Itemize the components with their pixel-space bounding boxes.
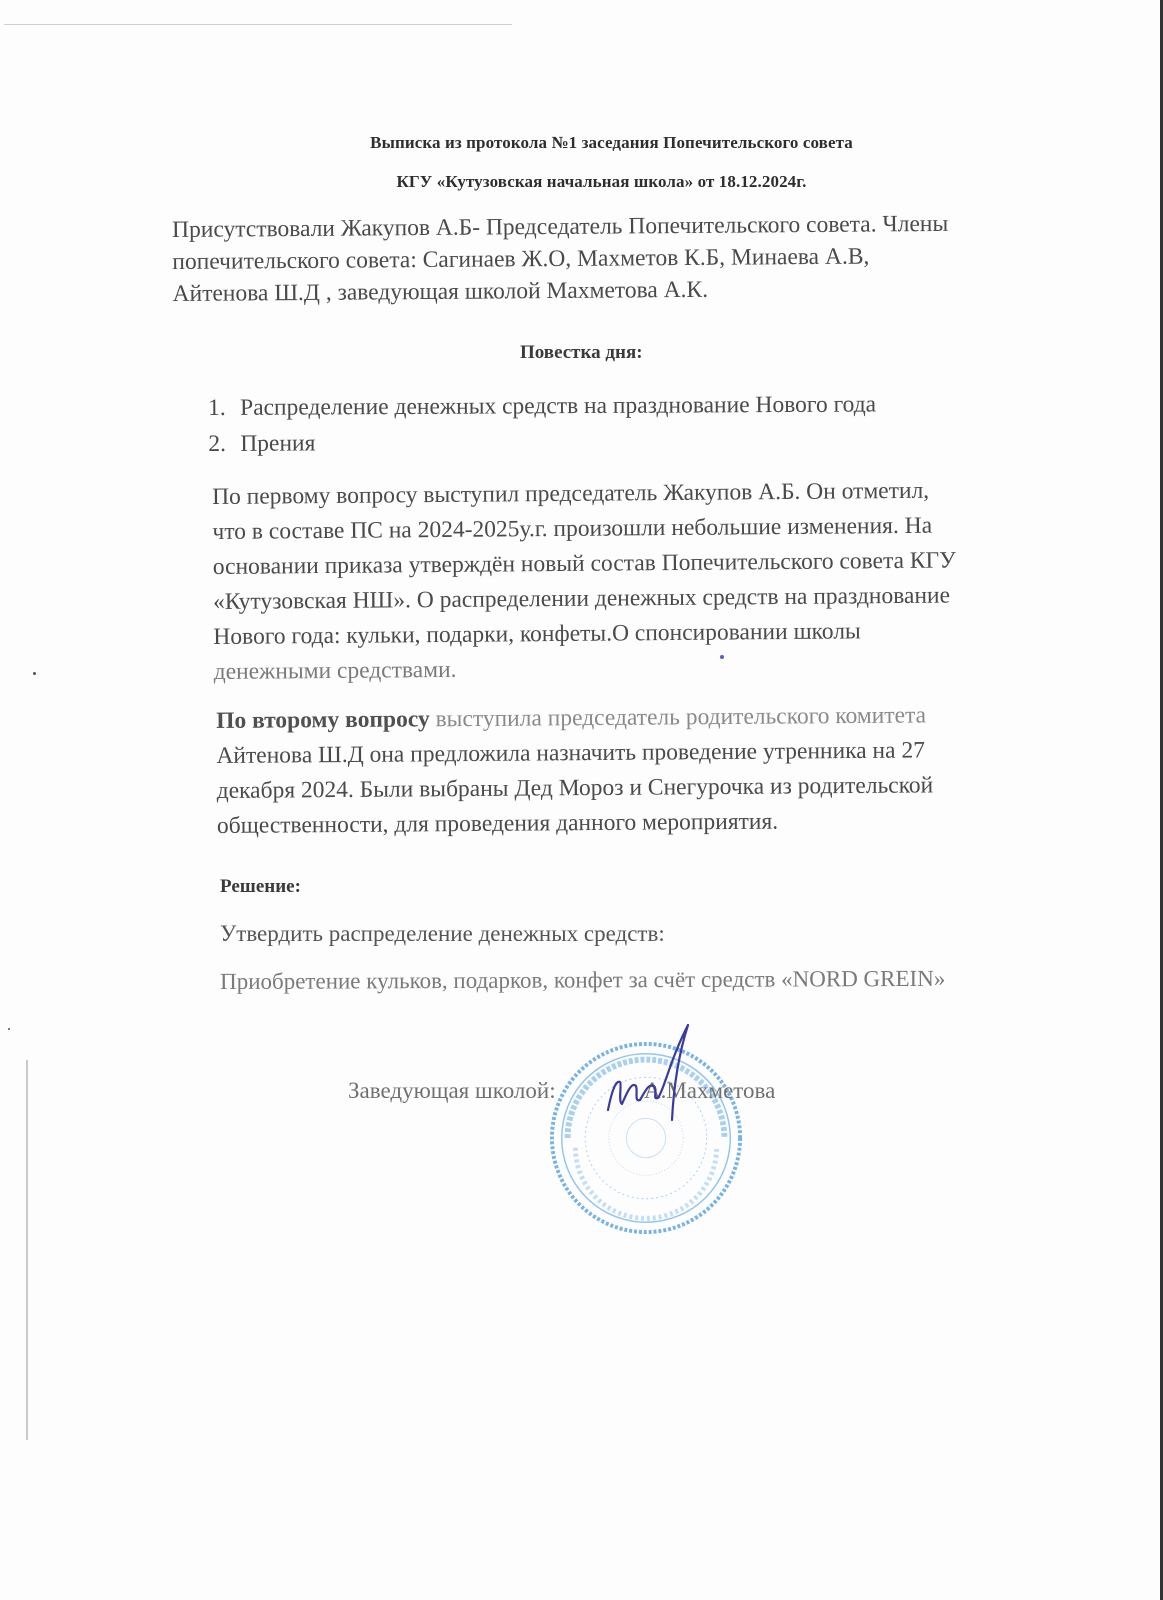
document-title: Выписка из протокола №1 заседания Попечи… (30, 133, 1163, 153)
paragraph-line: денежными средствами. (214, 648, 1054, 690)
second-question-lead: По второму вопросу (216, 706, 430, 734)
document-subtitle: КГУ «Кутузовская начальная школа» от 18.… (20, 172, 1163, 192)
decision-line: Утвердить распределение денежных средств… (220, 918, 665, 950)
agenda-item-number: 2. (208, 426, 240, 462)
scanned-document-page: Выписка из протокола №1 заседания Попечи… (0, 0, 1163, 1600)
signature-block: Заведующая школой: А.Махметова (348, 1078, 556, 1104)
agenda-item-number: 1. (208, 390, 240, 426)
agenda-heading: Повестка дня: (520, 342, 643, 364)
decision-line: Приобретение кульков, подарков, конфет з… (220, 963, 945, 998)
second-question-paragraph: По второму вопросу выступила председател… (216, 697, 1047, 844)
agenda-item: 1.Распределение денежных средств на праз… (208, 387, 876, 426)
paragraph-line: общественности, для проведения данного м… (217, 802, 1047, 844)
scan-speck (33, 672, 36, 675)
agenda-item: 2.Прения (208, 423, 876, 462)
scan-edge-left (26, 1060, 28, 1440)
scan-artifact-line (4, 24, 512, 25)
agenda-list: 1.Распределение денежных средств на праз… (208, 387, 876, 462)
second-question-lead-rest: выступила председатель родительского ком… (430, 702, 927, 732)
paragraph-line: декабря 2024. Были выбраны Дед Мороз и С… (217, 767, 1047, 809)
first-question-paragraph: По первому вопросу выступил председатель… (212, 473, 1054, 690)
handwritten-signature-icon (588, 1020, 698, 1130)
attendees-paragraph: Присутствовали Жакупов А.Б- Председатель… (172, 207, 1053, 310)
agenda-item-text: Распределение денежных средств на праздн… (240, 392, 876, 421)
signature-role: Заведующая школой: (348, 1078, 556, 1103)
attendees-line: Айтенова Ш.Д , заведующая школой Махмето… (173, 271, 1053, 310)
agenda-item-text: Прения (240, 430, 315, 456)
decision-heading: Решение: (220, 876, 301, 898)
paragraph-line: «Кутузовская НШ». О распределении денежн… (213, 578, 1053, 620)
scan-speck (8, 1028, 10, 1030)
